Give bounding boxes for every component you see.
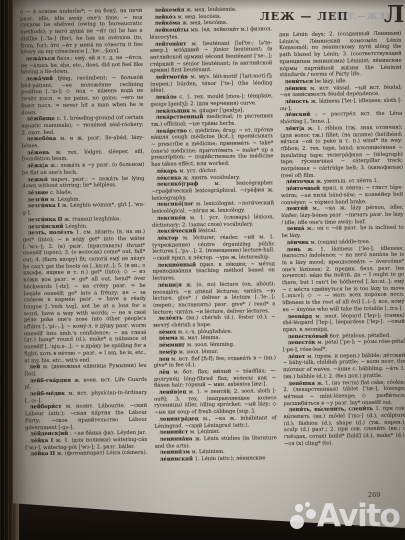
dictionary-page: ЛЕЖ — ЛЕП ЛЕЖ—ЛЕП Л о́ — в осно́ве únder… <box>13 0 405 540</box>
dictionary-entry: лежа́ться безл.: ему́, ей и т. д. не ~и́… <box>21 55 144 77</box>
dictionary-column-2: лейкеми́я ж. мед. leukáemia.лейко́з м. м… <box>149 6 278 522</box>
dictionary-entry: ле́йка II ж. (фотоаппарат) Léica (cámera… <box>25 450 147 458</box>
dictionary-entry: лека́ло с. 1. тех. mould [mou-]; témplat… <box>150 93 272 108</box>
dictionary-entry: ле́пет м. (прям. и перен.) bábble; де́тс… <box>283 352 405 380</box>
book-photo: ЛЕЖ — ЛЕП ЛЕЖ—ЛЕП Л о́ — в осно́ве únder… <box>0 0 405 540</box>
dictionary-entry: лейтена́нт м. lieuténant [lef'te-; lə'te… <box>150 40 273 75</box>
dictionary-entry: лейтмоти́в м. муз. léit-motíf ['laɪt-mot… <box>150 73 273 95</box>
dictionary-entry: лепи́ть, вы́лепить, слепи́ть 1. при сов.… <box>284 406 405 448</box>
dictionary-entry: лезть, поле́зть 1. см. ла́зить; (в, на в… <box>23 229 147 365</box>
dictionary-entry: лека́рство с. médicine; drug; ~ от, про́… <box>151 127 274 169</box>
dictionary-entry: ле́нт|а ж. 1. ríbbon (тж. знак отличия);… <box>280 125 403 180</box>
dictionary-column-1: о́ — в осно́ве únderlie*; ~ на боку́, на… <box>20 8 149 524</box>
dictionary-entry: о́ — в осно́ве únderlie*; ~ на боку́, на… <box>20 8 143 56</box>
avito-wordmark: Avito <box>317 494 399 538</box>
dictionary-entry: лейбори́ст м. полит. Lábourite. ~ский Lá… <box>25 403 148 431</box>
avito-watermark: Avito <box>290 494 399 538</box>
dictionary-entry: леопа́рд м. зоол. léopard ['lep-]; (самк… <box>282 312 405 334</box>
avito-logo-icon <box>290 502 317 536</box>
dictionary-entry: лентя́й м., ~ка ж. lázy pе́rson, ídler, … <box>281 205 404 227</box>
dictionary-entry: лени́в|ец м. 1. = лентя́й; 2. зоол. slot… <box>154 388 277 416</box>
dictionary-entry: ле́нинский 1. Lénin (attr.); ле́нинские <box>155 455 277 463</box>
dictionary-entry: ле́кци|я ж. (о, по) lécture (on, abóut);… <box>153 281 276 316</box>
dictionary-entry: лень ж. 1. láziness ['leɪ-], ídleness; (… <box>282 245 405 314</box>
dictionary-entry: лексико́|граф м. lexicógrapher. ~графи́ч… <box>151 181 274 203</box>
dictionary-entry: лён м. бот. flax; ми́лый ~ tóadfláx; ~-д… <box>154 368 277 390</box>
dictionary-entry: ле́ктор м. lécturer, réader. ~ий м. 1. (… <box>152 234 275 262</box>
dictionary-entry: дни Lénin days; 2. (созданный Лениным) L… <box>279 31 402 79</box>
dictionary-column-3: дни Lénin days; 2. (созданный Лениным) L… <box>279 5 405 521</box>
dictionary-entry: лежа́чий lýing, recúmbent; ~ больно́й bе… <box>21 75 144 117</box>
dictionary-entry: лепёшка ж. 1. (из теста) flat cake; cо́o… <box>283 379 405 407</box>
dictionary-entry: ле́жбище с. 1. bréeding-ground (of certa… <box>21 115 144 137</box>
dictionary-entry: ле́нточный прил. к ле́нта; ~ глист tápe-… <box>281 185 404 207</box>
dictionary-entry: лекцио́нный прил. к ле́кция; ~ ме́тод пр… <box>152 261 275 283</box>
text-columns: о́ — в осно́ве únderlie*; ~ на боку́, на… <box>20 5 405 525</box>
